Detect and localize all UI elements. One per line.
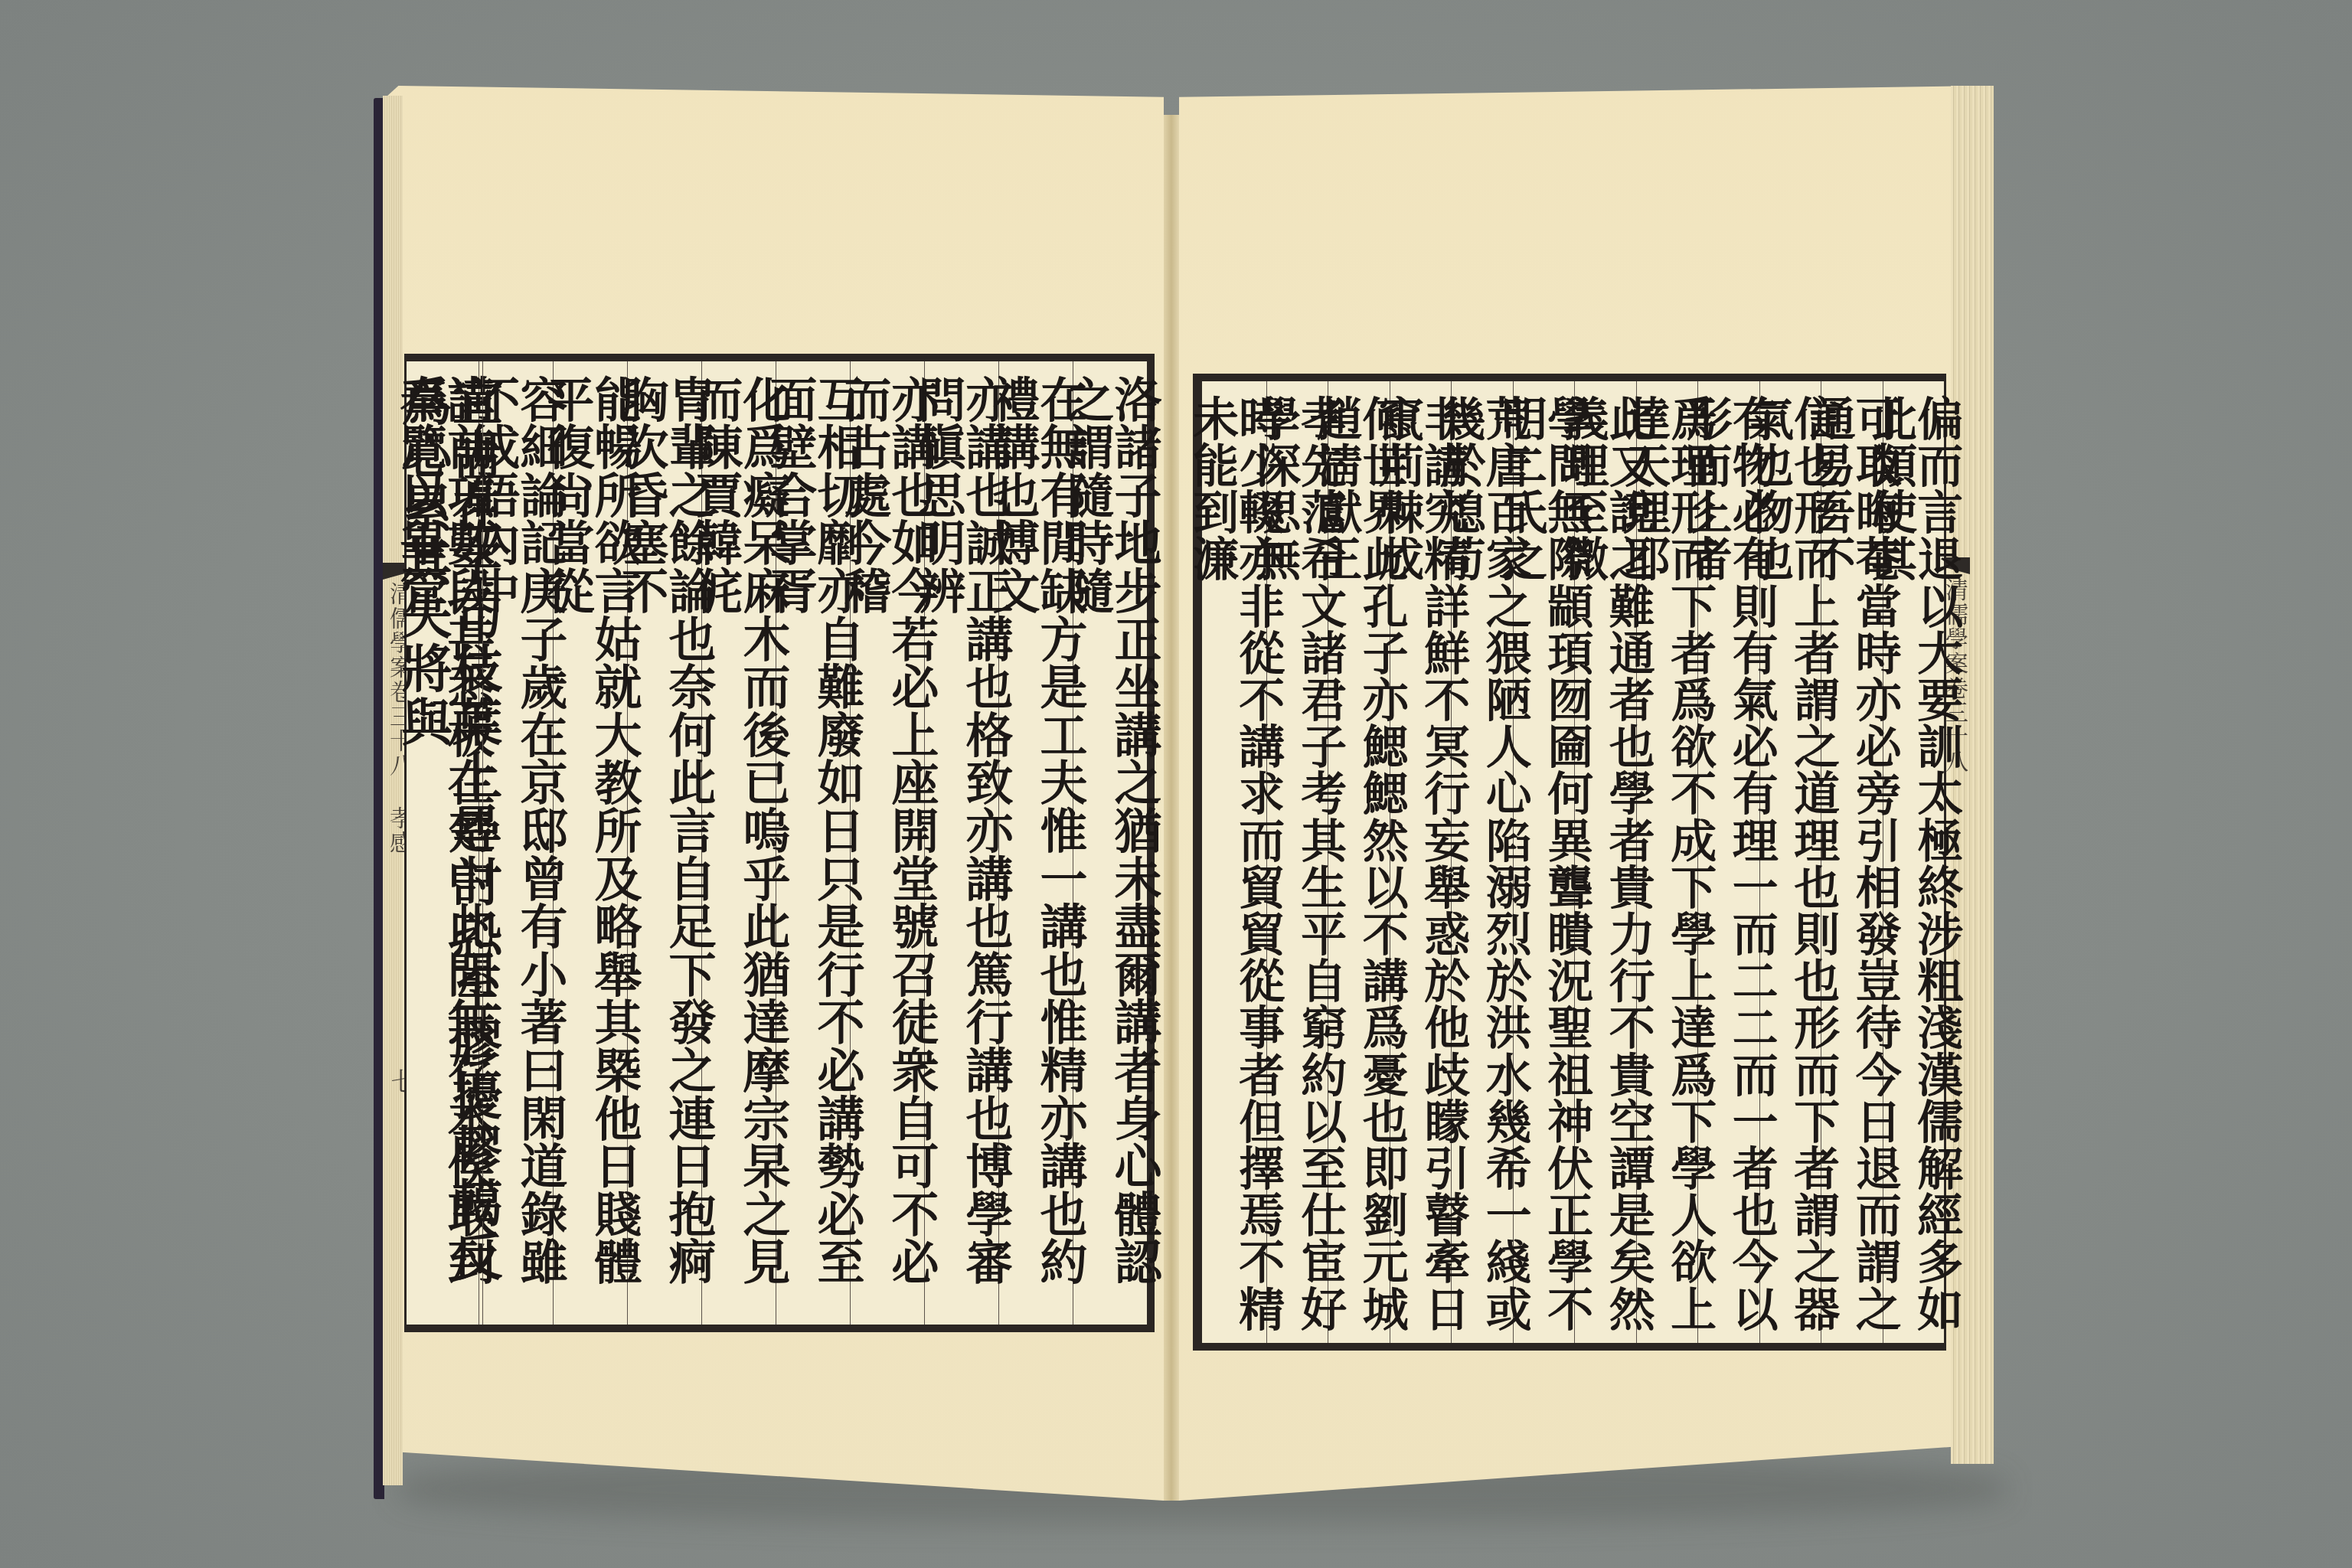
right-columns: 偏而言退以大要訓太極終涉粗淺漢儒解經多如此類使其 可取晦菴當時亦必旁引相發豈待今… (1204, 381, 1944, 1343)
book-spine-gutter (1164, 115, 1179, 1501)
left-columns: 洛諸子地步正坐講之猶未盡爾講者身心體認之謂隨時隨 在無有閒缺方是工夫惟一講也惟精… (408, 361, 1147, 1325)
text-column: 時少輟亦非從不講求而貿貿從事者但擇焉不精未能到濂 (1204, 381, 1266, 1343)
open-book: 清儒學案卷三十八 孝感 七 洛諸子地步正坐講之猶未盡爾講者身心體認之謂隨時隨 在… (0, 0, 2352, 1568)
right-text-frame: 偏而言退以大要訓太極終涉粗淺漢儒解經多如此類使其 可取晦菴當時亦必旁引相發豈待今… (1193, 374, 1946, 1351)
text-column: 宜耑在字句枝葉上尋討恐至膠擾轇轕反爲心累其失將與 (413, 361, 483, 1325)
left-text-frame: 洛諸子地步正坐講之猶未盡爾講者身心體認之謂隨時隨 在無有閒缺方是工夫惟一講也惟精… (404, 354, 1155, 1332)
